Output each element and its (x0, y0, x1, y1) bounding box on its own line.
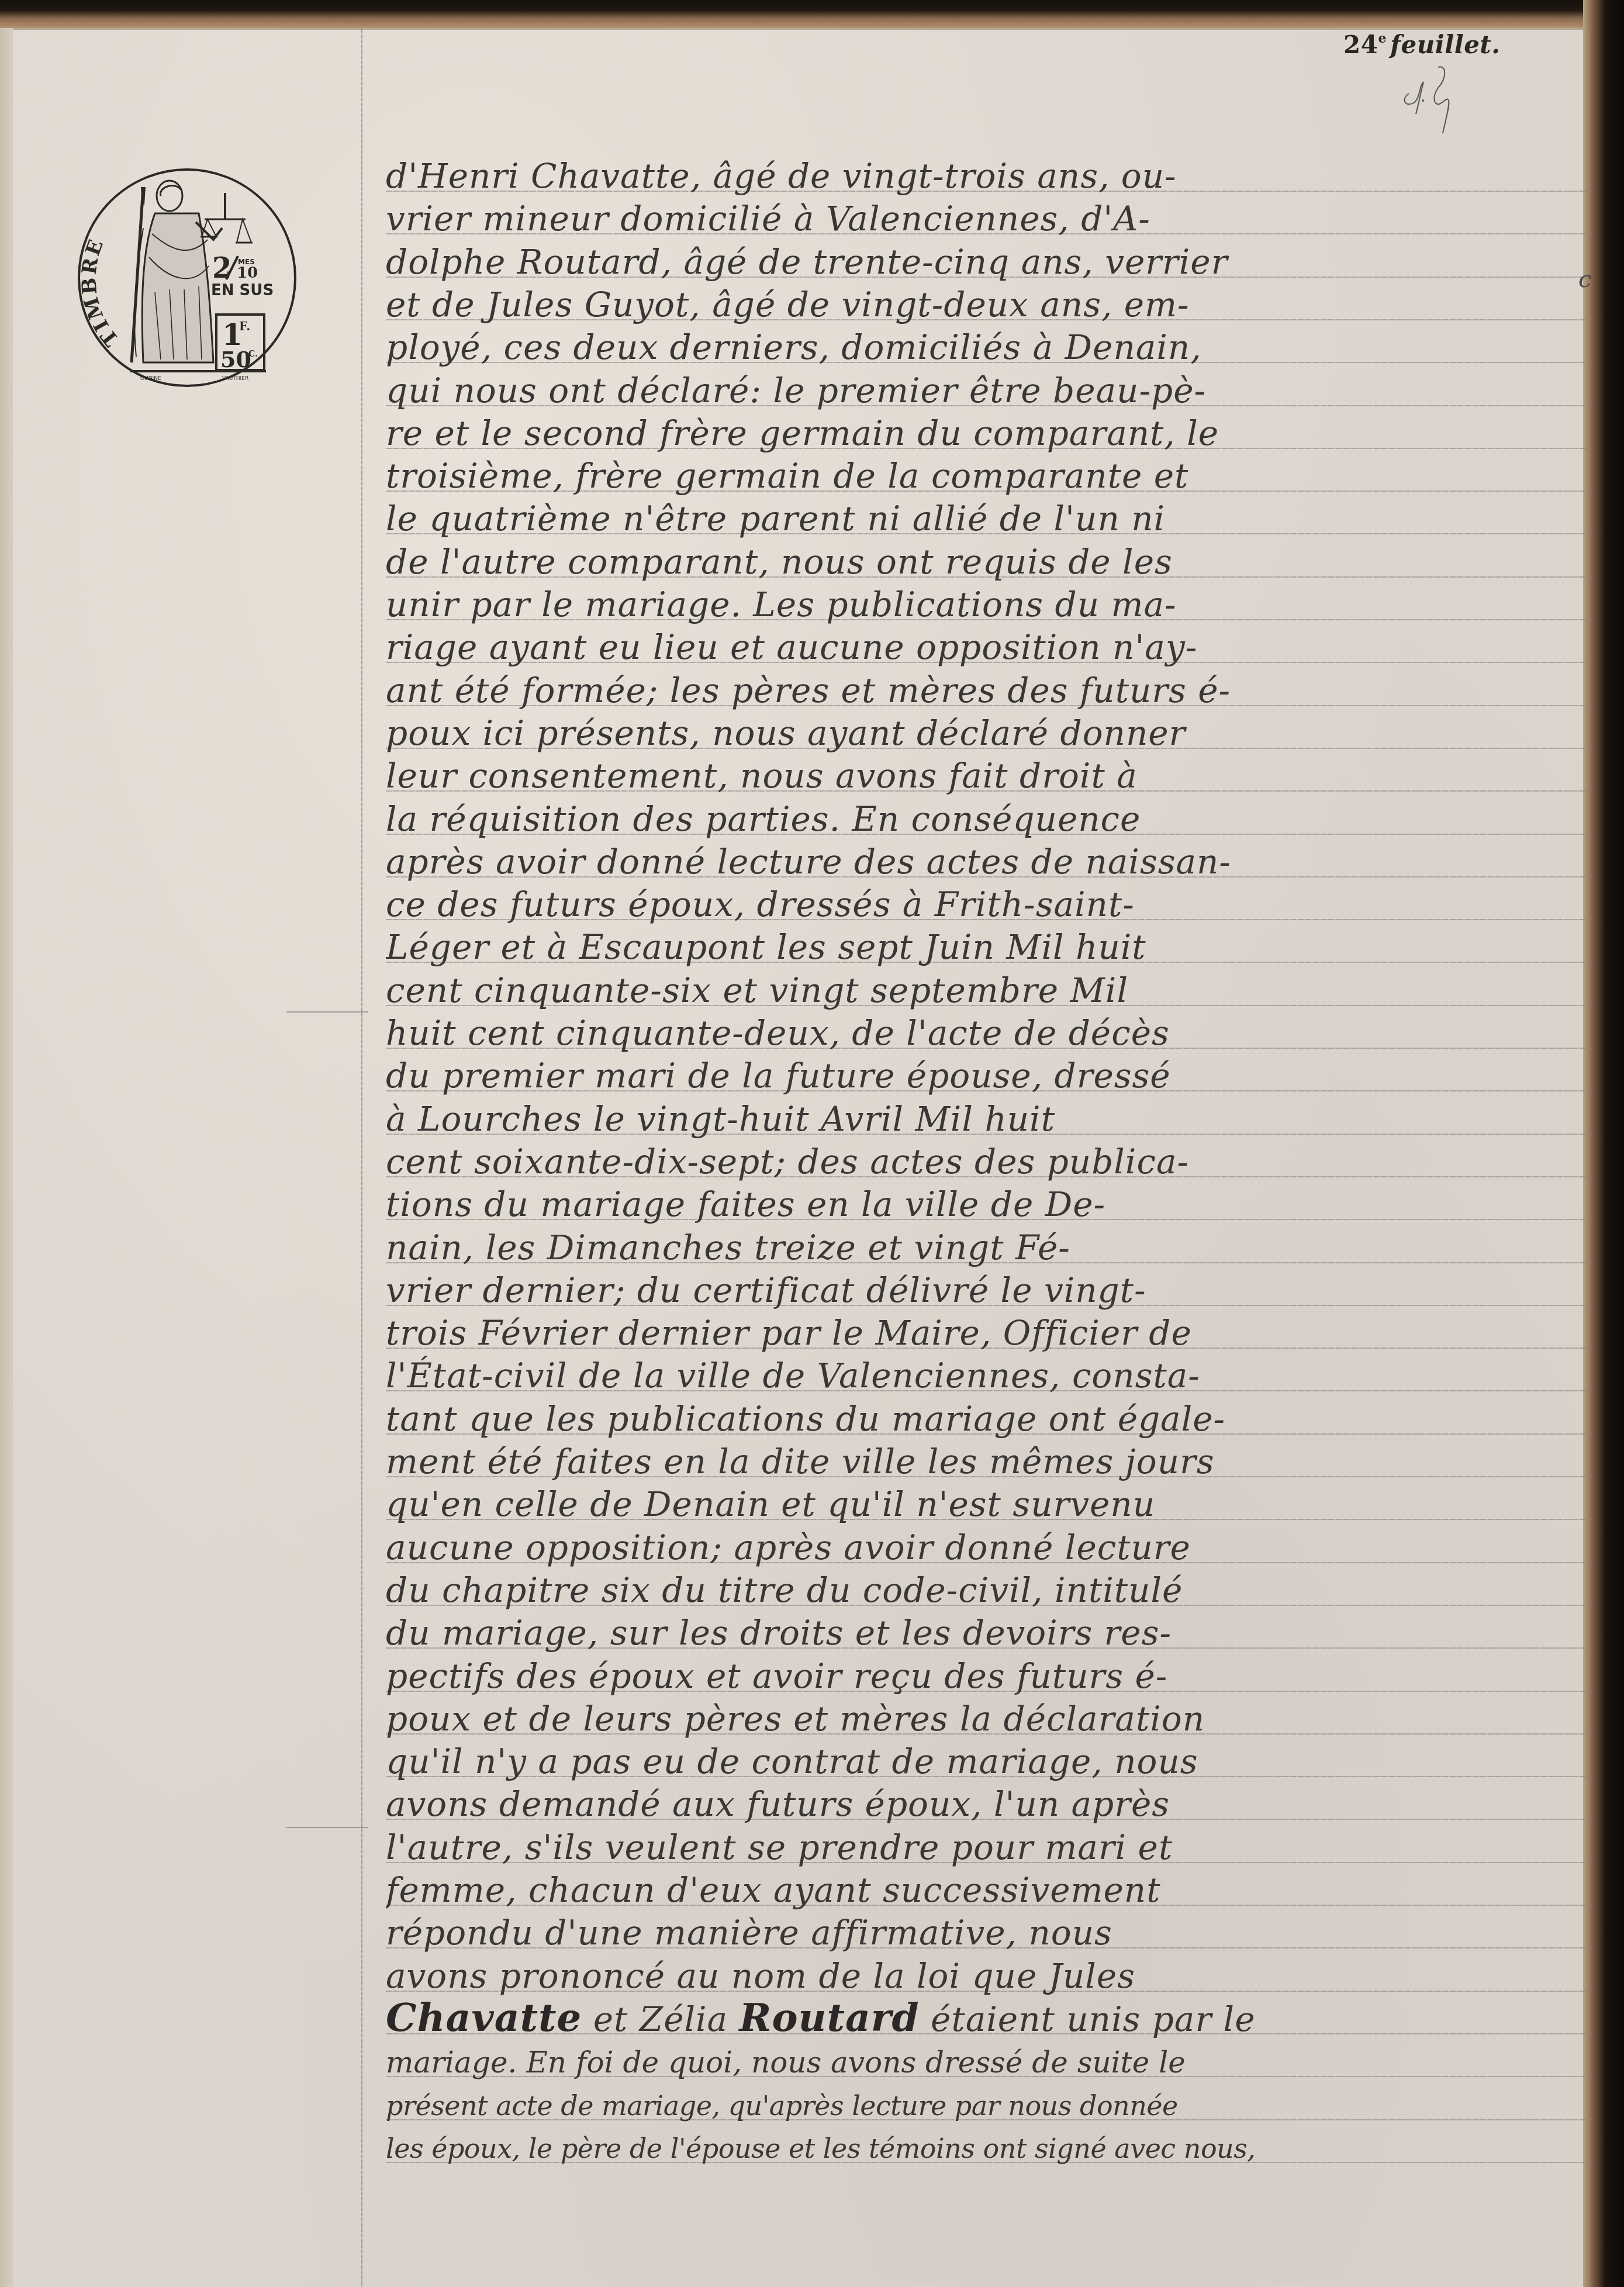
handwritten-line: cent cinquante-six et vingt septembre Mi… (386, 970, 1590, 1011)
handwritten-line: l'État-civil de la ville de Valenciennes… (386, 1355, 1590, 1396)
handwritten-line: leur consentement, nous avons fait droit… (386, 755, 1590, 796)
handwritten-line: trois Février dernier par le Maire, Offi… (386, 1312, 1590, 1353)
margin-tick (286, 1827, 368, 1828)
handwritten-line: unir par le mariage. Les publications du… (386, 584, 1590, 625)
stamp-surcharge-numerator: 2 (212, 252, 231, 285)
folio-number: 24 (1343, 30, 1378, 59)
handwritten-line: poux ici présents, nous ayant déclaré do… (386, 713, 1590, 754)
stamp-engraver-left: OUDINE (140, 376, 161, 382)
folio-suffix: e (1378, 31, 1387, 46)
handwritten-line: du chapitre six du titre du code-civil, … (386, 1570, 1590, 1611)
closing-line: présent acte de mariage, qu'après lectur… (386, 2085, 1590, 2126)
handwritten-line: aucune opposition; après avoir donné lec… (386, 1527, 1590, 1568)
folio-word: feuillet. (1390, 30, 1500, 59)
stamp-value-cent-unit: C. (248, 350, 258, 359)
handwritten-line: l'autre, s'ils veulent se prendre pour m… (386, 1827, 1590, 1868)
handwritten-line: vrier dernier; du certificat délivré le … (386, 1270, 1590, 1311)
stamp-value-cent: 50 (220, 346, 251, 372)
handwritten-line: du mariage, sur les droits et les devoir… (386, 1612, 1590, 1653)
stamp-surcharge-denominator: 10 (237, 264, 258, 282)
handwritten-line: ce des futurs époux, dressés à Frith-sai… (386, 884, 1590, 925)
handwritten-line: re et le second frère germain du compara… (386, 413, 1590, 454)
paraphe-signature-icon (1397, 64, 1461, 134)
closing-line: mariage. En foi de quoi, nous avons dres… (386, 2042, 1590, 2083)
handwritten-line: après avoir donné lecture des actes de n… (386, 841, 1590, 882)
handwritten-line: d'Henri Chavatte, âgé de vingt-trois ans… (386, 156, 1590, 196)
handwritten-line: vrier mineur domicilié à Valenciennes, d… (386, 198, 1590, 239)
handwritten-line: de l'autre comparant, nous ont requis de… (386, 541, 1590, 582)
left-margin-rule (361, 29, 362, 2287)
handwritten-line: cent soixante-dix-sept; des actes des pu… (386, 1141, 1590, 1182)
handwritten-line: dolphe Routard, âgé de trente-cinq ans, … (386, 241, 1590, 282)
handwritten-line: ployé, ces deux derniers, domiciliés à D… (386, 327, 1590, 368)
names-connector: et Zélia (582, 1999, 739, 2038)
handwritten-line: nain, les Dimanches treize et vingt Fé- (386, 1227, 1590, 1268)
handwritten-line: huit cent cinquante-deux, de l'acte de d… (386, 1013, 1590, 1053)
stamp-value-franc-unit: F. (239, 319, 250, 333)
closing-line: les époux, le père de l'épouse et les té… (386, 2128, 1590, 2169)
handwritten-line: avons demandé aux futurs époux, l'un apr… (386, 1784, 1590, 1825)
handwritten-line: ment été faites en la dite ville les mêm… (386, 1441, 1590, 1482)
handwritten-line: le quatrième n'être parent ni allié de l… (386, 498, 1590, 539)
bride-surname: Routard (740, 1997, 920, 2038)
handwritten-line: tions du mariage faites en la ville de D… (386, 1184, 1590, 1225)
names-line-rest: étaient unis par le (920, 1999, 1256, 2038)
handwritten-line: ant été formée; les pères et mères des f… (386, 670, 1590, 711)
handwritten-line: à Lourches le vingt-huit Avril Mil huit (386, 1098, 1590, 1139)
svg-text:TIMBRE: TIMBRE (77, 235, 123, 351)
tax-stamp-icon: TIMBRE 2 MES 10 EN SUS 1 F. 50 C. OUDINE… (73, 164, 301, 392)
folio-header: 24efeuillet. (1343, 30, 1500, 59)
handwritten-line: qu'en celle de Denain et qu'il n'est sur… (386, 1484, 1590, 1525)
stamp-engraver-right: VAUTHIER (222, 376, 248, 382)
handwritten-line: qui nous ont déclaré: le premier être be… (386, 370, 1590, 411)
handwritten-line: du premier mari de la future épouse, dre… (386, 1055, 1590, 1096)
margin-tick (286, 1011, 368, 1013)
handwritten-line: femme, chacun d'eux ayant successivement (386, 1870, 1590, 1911)
handwritten-line: Léger et à Escaupont les sept Juin Mil h… (386, 927, 1590, 968)
handwritten-line: riage ayant eu lieu et aucune opposition… (386, 627, 1590, 668)
handwritten-line: avons prononcé au nom de la loi que Jule… (386, 1956, 1590, 1996)
spouses-names-line: Chavatte et Zélia Routard étaient unis p… (386, 1997, 1590, 2038)
handwritten-line: qu'il n'y a pas eu de contrat de mariage… (386, 1741, 1590, 1782)
handwritten-line: pectifs des époux et avoir reçu des futu… (386, 1656, 1590, 1697)
stamp-timbre-label: TIMBRE (77, 235, 123, 351)
handwritten-line: répondu d'une manière affirmative, nous (386, 1912, 1590, 1953)
groom-surname: Chavatte (386, 1997, 582, 2038)
handwritten-line: troisième, frère germain de la comparant… (386, 455, 1590, 496)
handwritten-line: tant que les publications du mariage ont… (386, 1398, 1590, 1439)
right-margin-mark: c (1578, 266, 1591, 293)
handwritten-line: la réquisition des parties. En conséquen… (386, 799, 1590, 840)
stamp-surcharge-label: EN SUS (211, 282, 274, 299)
page-left-edge (0, 28, 13, 2287)
handwritten-line: et de Jules Guyot, âgé de vingt-deux ans… (386, 284, 1590, 325)
handwritten-line: poux et de leurs pères et mères la décla… (386, 1698, 1590, 1739)
